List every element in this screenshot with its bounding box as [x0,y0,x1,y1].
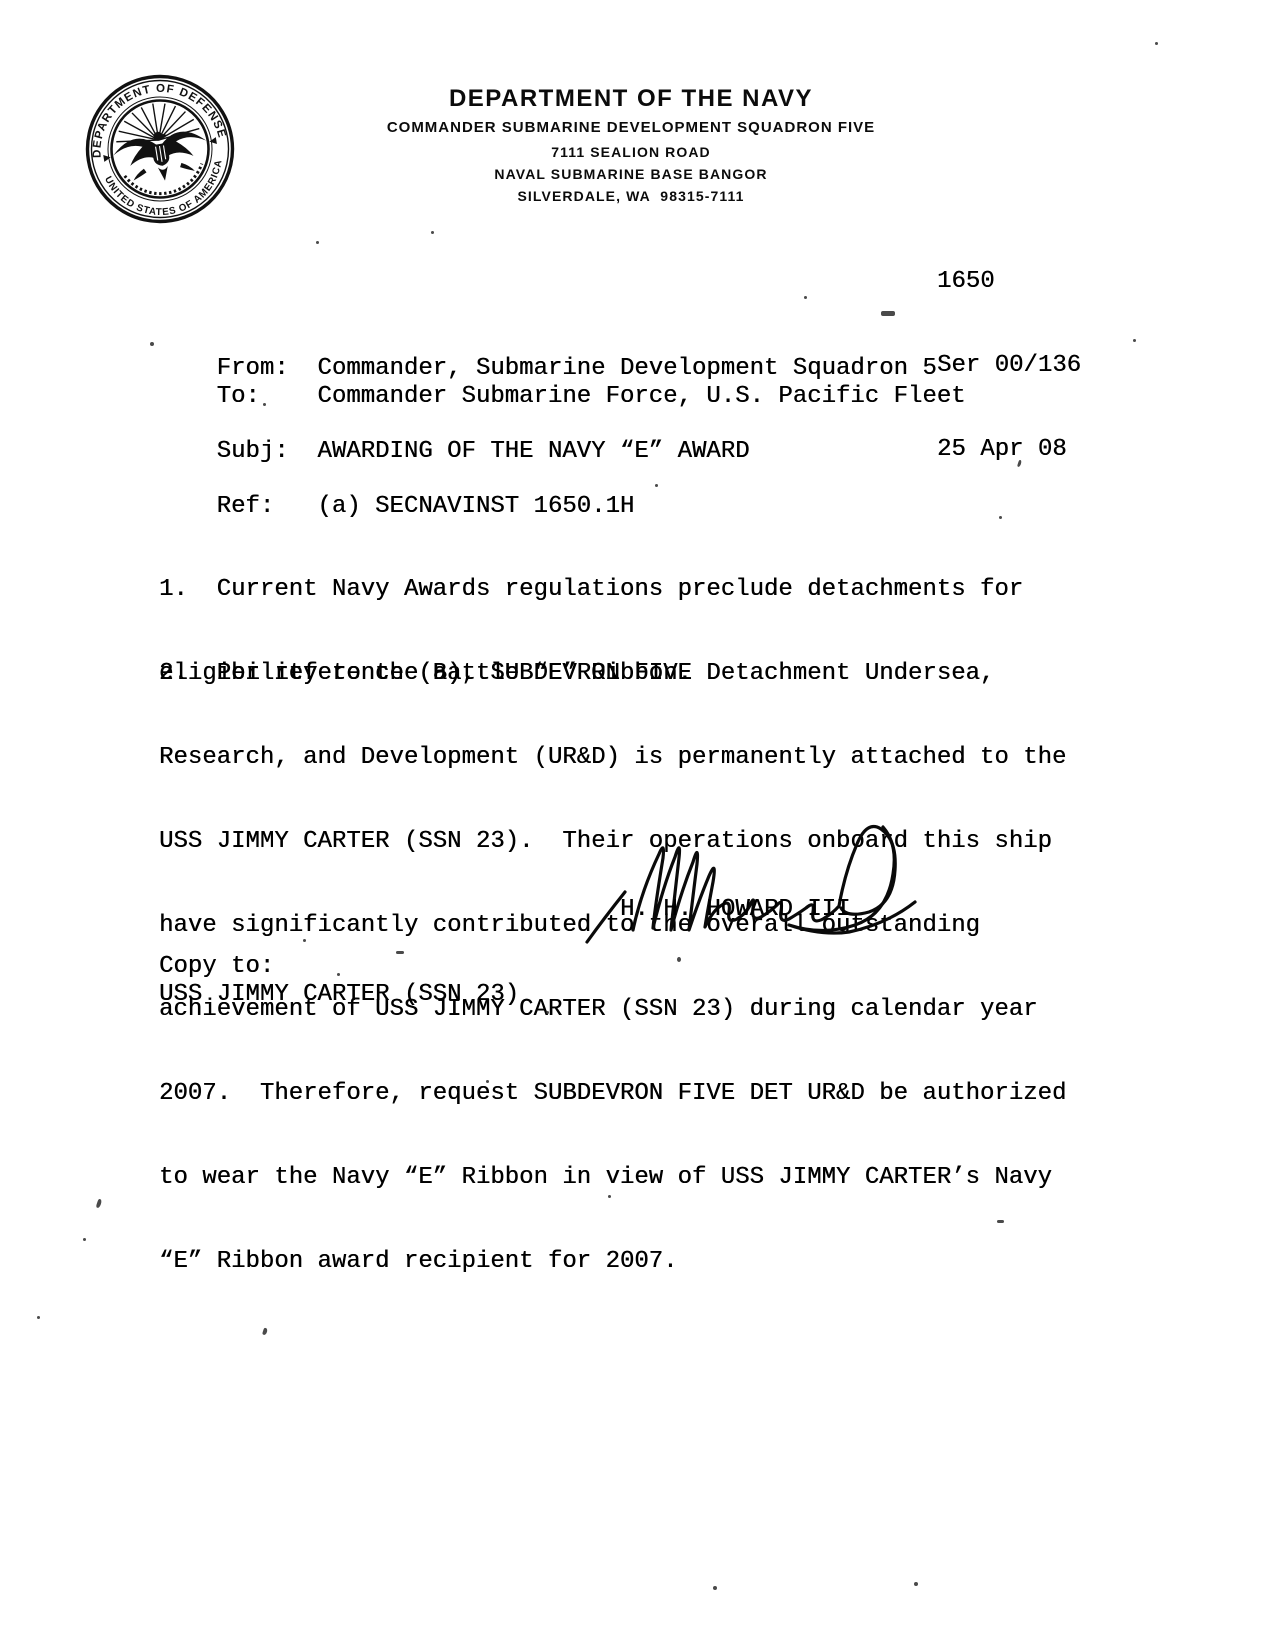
paragraph-line: 1. Current Navy Awards regulations precl… [159,576,1023,604]
paragraph-line: 2. Per reference (a), SUBDEVRON FIVE Det… [159,660,1066,688]
letterhead-address-line: 7111 SEALION ROAD [0,141,1262,163]
scan-speck [37,1316,40,1319]
scanned-letter-page: DEPARTMENT OF DEFENSE UNITED STATES OF A… [0,0,1262,1639]
scan-speck [677,957,681,962]
ssic-code: 1650 [937,268,1081,296]
paragraph-line: 2007. Therefore, request SUBDEVRON FIVE … [159,1080,1066,1108]
letterhead-department: DEPARTMENT OF THE NAVY [0,86,1262,112]
scan-speck [655,484,658,487]
letterhead-address-line: NAVAL SUBMARINE BASE BANGOR [0,163,1262,185]
scan-speck [546,1011,549,1014]
scan-speck [804,296,807,299]
copy-to-label: Copy to: [159,953,274,981]
scan-speck [262,1328,268,1336]
scan-speck [914,1582,918,1586]
signature-scrawl-icon [575,812,945,950]
scan-speck [337,973,340,976]
scan-speck [713,1586,717,1590]
signature-name: H. H. HOWARD III [620,896,850,924]
copy-to-recipient: USS JIMMY CARTER (SSN 23) [159,981,519,1009]
subject-value: AWARDING OF THE NAVY “E” AWARD [317,438,749,465]
scan-speck [608,1195,611,1198]
scan-speck [303,939,306,942]
scan-speck [396,951,404,954]
letterhead-command: COMMANDER SUBMARINE DEVELOPMENT SQUADRON… [0,119,1262,136]
paragraph-line: “E” Ribbon award recipient for 2007. [159,1248,1066,1276]
paragraph-line: to wear the Navy “E” Ribbon in view of U… [159,1164,1066,1192]
scan-speck [263,403,266,406]
ref-label: Ref: [217,493,318,521]
scan-speck [1155,42,1158,45]
subject-label: Subj: [217,438,318,466]
scan-speck [999,516,1002,519]
paragraph-2: 2. Per reference (a), SUBDEVRON FIVE Det… [159,604,1066,1332]
scan-speck [83,1238,86,1241]
scan-speck [486,1080,489,1083]
letterhead: DEPARTMENT OF THE NAVY COMMANDER SUBMARI… [0,86,1262,207]
scan-speck [881,311,895,316]
paragraph-line: Research, and Development (UR&D) is perm… [159,744,1066,772]
scan-speck [997,1220,1004,1223]
letterhead-address-line: SILVERDALE, WA 98315-7111 [0,185,1262,207]
ref-value: (a) SECNAVINST 1650.1H [317,493,634,520]
to-label: To: [217,383,318,411]
scan-speck [150,342,154,346]
scan-speck [431,231,434,234]
scan-speck [1133,339,1136,342]
scan-speck [96,1199,103,1209]
letter-date: 25 Apr 08 [937,436,1081,464]
to-value: Commander Submarine Force, U.S. Pacific … [317,383,965,410]
scan-speck [316,241,319,244]
